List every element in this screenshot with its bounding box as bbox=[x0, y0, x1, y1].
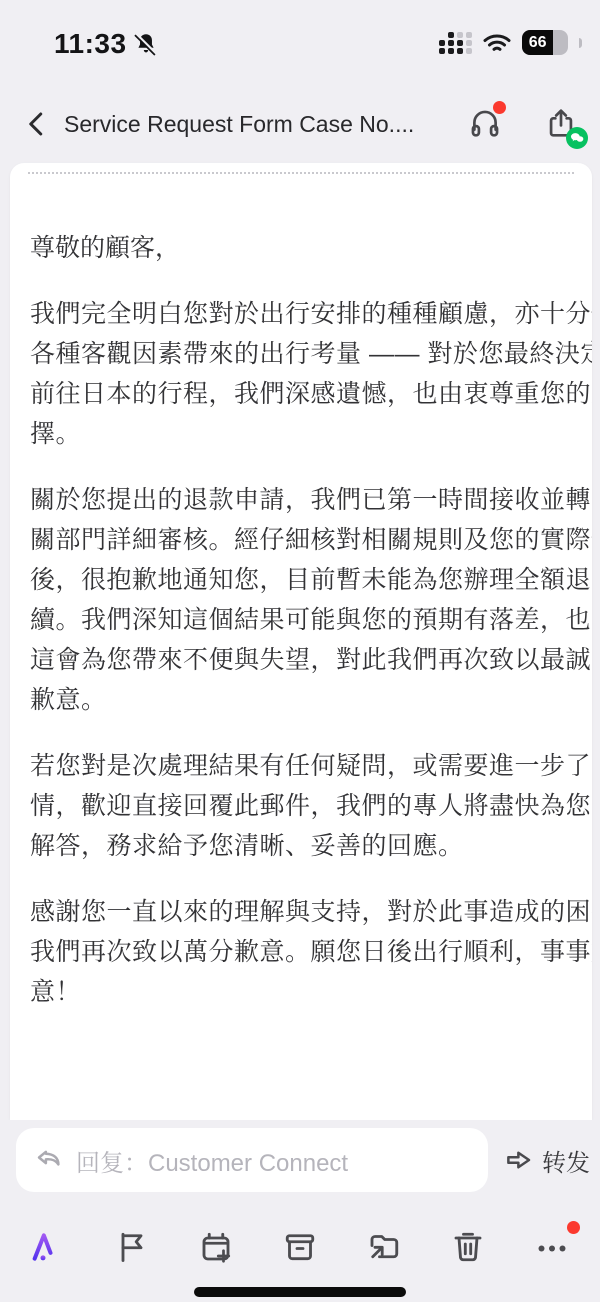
email-text-line: 關部門詳細審核。經仔細核對相關規則及您的實際情況 bbox=[30, 520, 592, 560]
nav-bar: Service Request Form Case No.... bbox=[0, 85, 600, 163]
clock: 11:33 bbox=[54, 28, 127, 60]
email-subject-title: Service Request Form Case No.... bbox=[64, 111, 414, 138]
email-text-line: 續。我們深知這個結果可能與您的預期有落差，也明白 bbox=[30, 600, 592, 640]
flag-icon bbox=[114, 1229, 150, 1265]
email-content-card: 尊敬的顧客， 我們完全明白您對於出行安排的種種顧慮，亦十分體諒各種客觀因素帶來的… bbox=[10, 163, 592, 1120]
mail-app-screen: 11:33 bbox=[0, 0, 600, 1302]
email-text-line: 這會為您帶來不便與失望，對此我們再次致以最誠摯的 bbox=[30, 640, 592, 680]
email-text-line: 關於您提出的退款申請，我們已第一時間接收並轉交相 bbox=[30, 480, 592, 520]
archive-icon bbox=[282, 1229, 318, 1265]
email-text-line: 各種客觀因素帶來的出行考量 —— 對於您最終決定取消 bbox=[30, 334, 592, 374]
ai-assistant-button[interactable] bbox=[26, 1225, 70, 1269]
email-paragraph: 感謝您一直以來的理解與支持，對於此事造成的困擾，我們再次致以萬分歉意。願您日後出… bbox=[30, 892, 592, 1012]
move-folder-icon bbox=[366, 1229, 402, 1265]
email-paragraph: 我們完全明白您對於出行安排的種種顧慮，亦十分體諒各種客觀因素帶來的出行考量 ——… bbox=[30, 294, 592, 454]
more-button[interactable] bbox=[530, 1225, 574, 1269]
email-text-line: 解答，務求給予您清晰、妥善的回應。 bbox=[30, 826, 592, 866]
flag-button[interactable] bbox=[110, 1225, 154, 1269]
forward-icon bbox=[504, 1145, 534, 1175]
home-indicator[interactable] bbox=[194, 1287, 406, 1297]
archive-button[interactable] bbox=[278, 1225, 322, 1269]
more-ellipsis-icon bbox=[534, 1229, 570, 1265]
battery-percent: 66 bbox=[522, 34, 553, 52]
email-paragraph: 關於您提出的退款申請，我們已第一時間接收並轉交相關部門詳細審核。經仔細核對相關規… bbox=[30, 480, 592, 720]
reply-input[interactable]: 回复：Customer Connect bbox=[16, 1128, 488, 1192]
delete-button[interactable] bbox=[446, 1225, 490, 1269]
forward-button[interactable]: 转发 bbox=[504, 1143, 590, 1178]
email-text-line: 我們再次致以萬分歉意。願您日後出行順利，事事如 bbox=[30, 932, 592, 972]
forward-label: 转发 bbox=[542, 1143, 590, 1178]
notifications-muted-icon bbox=[133, 31, 159, 57]
battery-nub bbox=[579, 38, 582, 48]
email-body: 尊敬的顧客， 我們完全明白您對於出行安排的種種顧慮，亦十分體諒各種客觀因素帶來的… bbox=[10, 174, 592, 1012]
reply-icon bbox=[34, 1145, 64, 1175]
move-to-folder-button[interactable] bbox=[362, 1225, 406, 1269]
cellular-signal-icon bbox=[439, 32, 472, 54]
email-greeting: 尊敬的顧客， bbox=[30, 228, 592, 268]
back-button[interactable] bbox=[20, 107, 54, 141]
email-text-line: 意！ bbox=[30, 972, 592, 1012]
email-paragraph: 若您對是次處理結果有任何疑問，或需要進一步了解詳情，歡迎直接回覆此郵件，我們的專… bbox=[30, 746, 592, 866]
email-text-line: 前往日本的行程，我們深感遺憾，也由衷尊重您的選 bbox=[30, 374, 592, 414]
notification-dot bbox=[493, 101, 506, 114]
calendar-add-icon bbox=[198, 1229, 234, 1265]
bottom-action-area: 回复：Customer Connect 转发 bbox=[0, 1120, 600, 1302]
email-text-line: 擇。 bbox=[30, 414, 592, 454]
email-text-line: 後，很抱歉地通知您，目前暫未能為您辦理全額退款手 bbox=[30, 560, 592, 600]
email-text-line: 我們完全明白您對於出行安排的種種顧慮，亦十分體諒 bbox=[30, 294, 592, 334]
reply-placeholder: 回复：Customer Connect bbox=[76, 1143, 348, 1178]
battery-icon: 66 bbox=[522, 30, 568, 55]
trash-icon bbox=[450, 1229, 486, 1265]
status-bar: 11:33 bbox=[0, 0, 600, 85]
email-text-line: 情，歡迎直接回覆此郵件，我們的專人將盡快為您跟進 bbox=[30, 786, 592, 826]
bottom-toolbar bbox=[0, 1212, 600, 1282]
email-text-line: 若您對是次處理結果有任何疑問，或需要進一步了解詳 bbox=[30, 746, 592, 786]
share-button[interactable] bbox=[542, 105, 580, 143]
wifi-icon bbox=[482, 31, 512, 55]
email-text-line: 歉意。 bbox=[30, 680, 592, 720]
schedule-button[interactable] bbox=[194, 1225, 238, 1269]
wechat-share-icon bbox=[566, 127, 588, 149]
audio-read-aloud-button[interactable] bbox=[466, 105, 504, 143]
email-text-line: 感謝您一直以來的理解與支持，對於此事造成的困擾， bbox=[30, 892, 592, 932]
notification-dot bbox=[567, 1221, 580, 1234]
ai-icon bbox=[28, 1227, 68, 1267]
